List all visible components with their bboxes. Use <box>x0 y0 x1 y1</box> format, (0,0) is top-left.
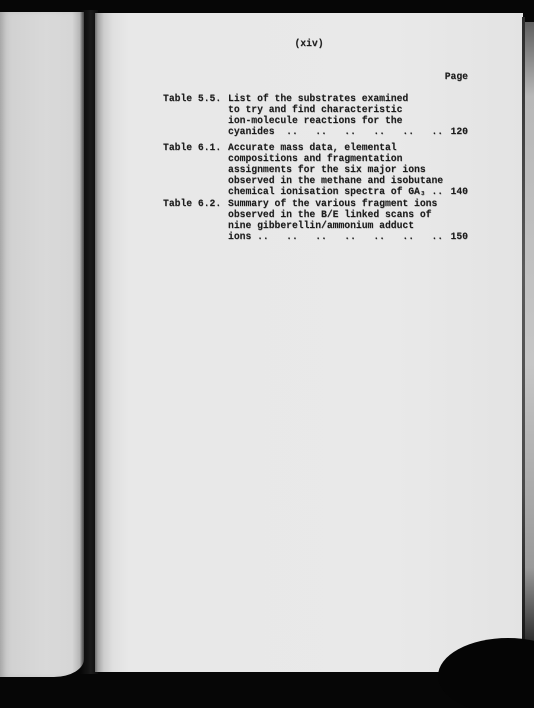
toc-entry-page-number: 140 <box>451 186 468 197</box>
right-pages-edge <box>525 22 534 642</box>
toc-entry-label: Table 6.2. <box>163 198 221 209</box>
toc-entry-description: Accurate mass data, elemental compositio… <box>228 142 443 197</box>
toc-entry: Table 6.2. Summary of the various fragme… <box>163 198 468 242</box>
page-folio-number: (xiv) <box>95 38 523 49</box>
toc-entry: Table 6.1. Accurate mass data, elemental… <box>163 142 468 197</box>
toc-entry-page-number: 120 <box>451 126 468 137</box>
toc-entry: Table 5.5. List of the substrates examin… <box>163 93 468 137</box>
toc-entry-label: Table 5.5. <box>163 93 221 104</box>
page-column-header: Page <box>445 71 468 82</box>
toc-entry-description: List of the substrates examined to try a… <box>228 93 443 137</box>
toc-entry-description: Summary of the various fragment ions obs… <box>228 198 443 242</box>
document-page: (xiv) Page Table 5.5. List of the substr… <box>95 13 523 672</box>
toc-entry-label: Table 6.1. <box>163 142 221 153</box>
toc-entry-page-number: 150 <box>451 231 468 242</box>
left-page-edge <box>0 12 84 677</box>
scanned-book-spread: (xiv) Page Table 5.5. List of the substr… <box>0 0 534 708</box>
